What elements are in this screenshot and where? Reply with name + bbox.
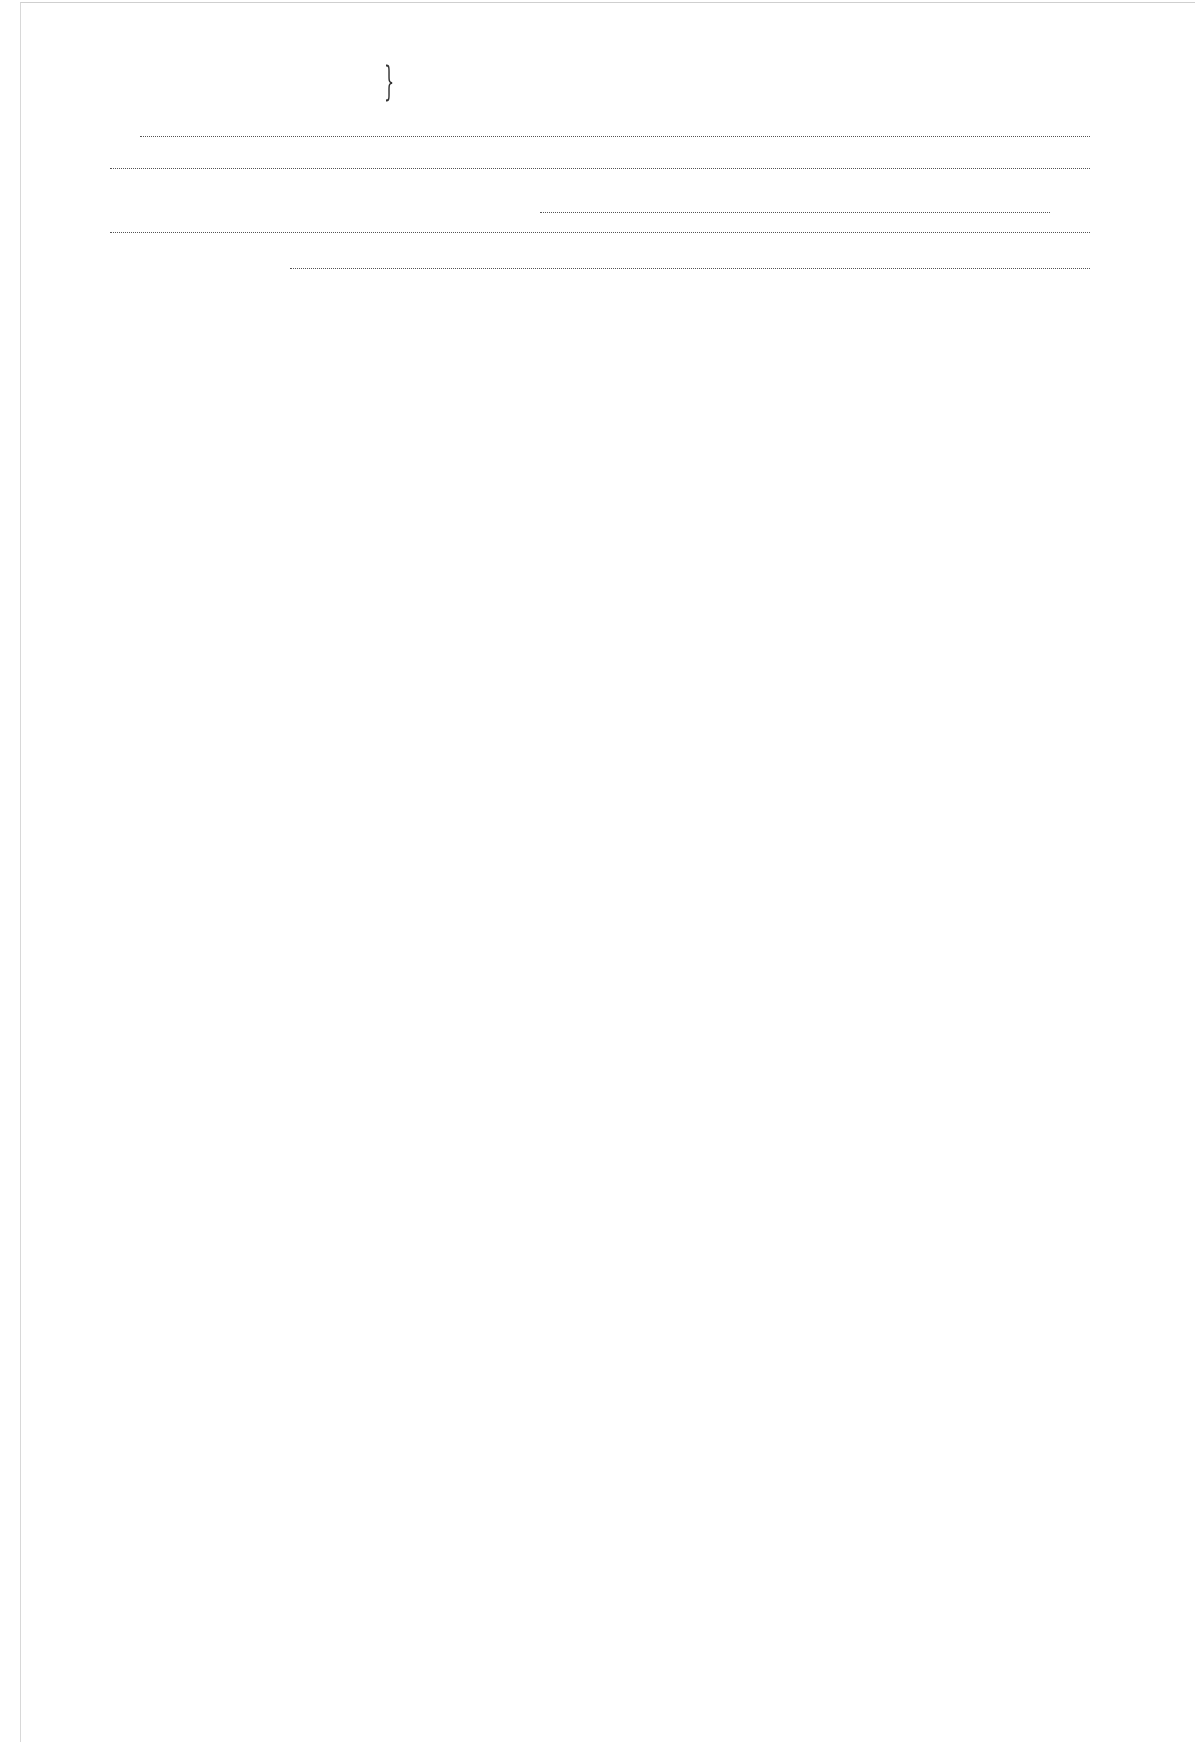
rule	[540, 212, 1050, 213]
rule	[110, 232, 1090, 233]
rule	[110, 168, 1090, 169]
rule	[140, 136, 1090, 137]
brace: }	[384, 62, 394, 102]
page-border	[20, 2, 1195, 1742]
rule	[290, 268, 1090, 269]
